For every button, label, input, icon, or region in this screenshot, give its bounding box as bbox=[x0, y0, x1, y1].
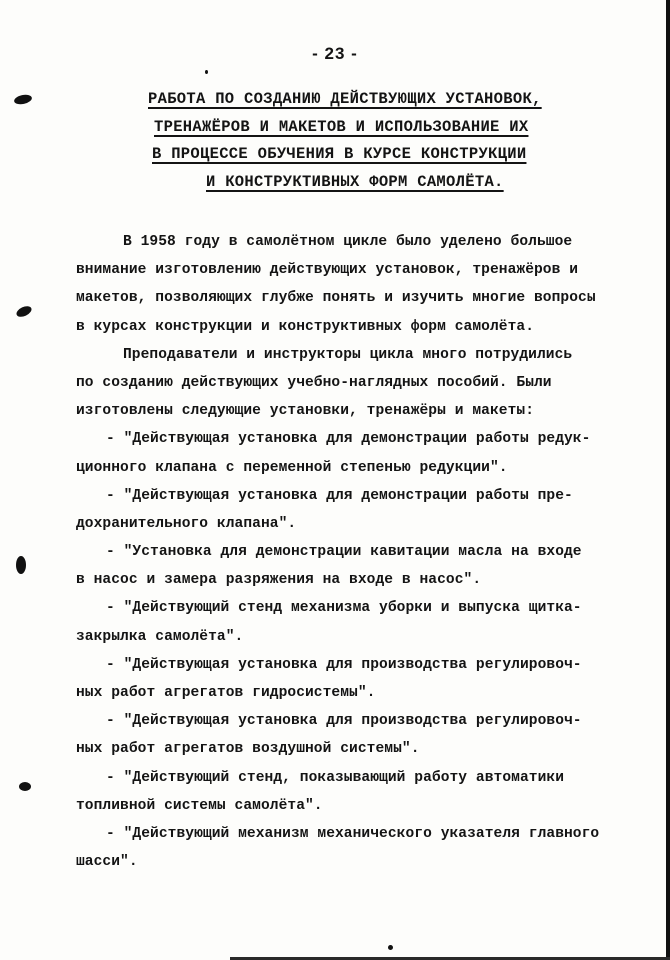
list-item-continuation: закрылка самолёта". bbox=[76, 626, 666, 654]
list-item-first-line: - "Действующая установка для производств… bbox=[76, 710, 666, 738]
margin-ink-mark bbox=[19, 782, 31, 791]
ink-dot bbox=[205, 70, 208, 74]
heading-text: И КОНСТРУКТИВНЫХ ФОРМ САМОЛЁТА. bbox=[206, 173, 504, 191]
heading-line: В ПРОЦЕССЕ ОБУЧЕНИЯ В КУРСЕ КОНСТРУКЦИИ bbox=[148, 143, 568, 171]
list-item-continuation: в насос и замера разряжения на входе в н… bbox=[76, 569, 666, 597]
list-item-continuation: дохранительного клапана". bbox=[76, 513, 666, 541]
text-line: по созданию действующих учебно-наглядных… bbox=[76, 372, 666, 400]
list-item: - "Установка для демонстрации кавитации … bbox=[76, 541, 666, 597]
list-item: - "Действующий стенд, показывающий работ… bbox=[76, 767, 666, 823]
list-item-continuation: ционного клапана с переменной степенью р… bbox=[76, 457, 666, 485]
document-page: - 23 - РАБОТА ПО СОЗДАНИЮ ДЕЙСТВУЮЩИХ УС… bbox=[0, 0, 670, 960]
margin-ink-mark bbox=[16, 556, 26, 574]
document-body: В 1958 году в самолётном цикле было удел… bbox=[76, 231, 666, 879]
page-right-border bbox=[666, 0, 670, 960]
list-item: - "Действующая установка для демонстраци… bbox=[76, 428, 666, 484]
list-item: - "Действующий стенд механизма уборки и … bbox=[76, 597, 666, 653]
document-heading: РАБОТА ПО СОЗДАНИЮ ДЕЙСТВУЮЩИХ УСТАНОВОК… bbox=[148, 88, 568, 198]
heading-line: РАБОТА ПО СОЗДАНИЮ ДЕЙСТВУЮЩИХ УСТАНОВОК… bbox=[148, 88, 568, 116]
text-line: изготовлены следующие установки, тренажё… bbox=[76, 400, 666, 428]
text-line: внимание изготовлению действующих устано… bbox=[76, 259, 666, 287]
text-line: макетов, позволяющих глубже понять и изу… bbox=[76, 287, 666, 315]
list-item-first-line: - "Действующий стенд механизма уборки и … bbox=[76, 597, 666, 625]
paragraph-instructors: Преподаватели и инструкторы цикла много … bbox=[76, 344, 666, 429]
paragraph-intro: В 1958 году в самолётном цикле было удел… bbox=[76, 231, 666, 344]
margin-ink-mark bbox=[13, 93, 32, 106]
equipment-list: - "Действующая установка для демонстраци… bbox=[76, 428, 666, 879]
heading-line: И КОНСТРУКТИВНЫХ ФОРМ САМОЛЁТА. bbox=[148, 171, 568, 199]
list-item: - "Действующая установка для демонстраци… bbox=[76, 485, 666, 541]
text-line: В 1958 году в самолётном цикле было удел… bbox=[76, 231, 666, 259]
list-item-continuation: шасси". bbox=[76, 851, 666, 879]
heading-text: РАБОТА ПО СОЗДАНИЮ ДЕЙСТВУЮЩИХ УСТАНОВОК… bbox=[148, 90, 542, 108]
heading-line: ТРЕНАЖЁРОВ И МАКЕТОВ И ИСПОЛЬЗОВАНИЕ ИХ bbox=[148, 116, 568, 144]
list-item-first-line: - "Действующий стенд, показывающий работ… bbox=[76, 767, 666, 795]
list-item-first-line: - "Действующая установка для демонстраци… bbox=[76, 485, 666, 513]
list-item: - "Действующая установка для производств… bbox=[76, 654, 666, 710]
text-line: в курсах конструкции и конструктивных фо… bbox=[76, 316, 666, 344]
list-item-continuation: ных работ агрегатов воздушной системы". bbox=[76, 738, 666, 766]
list-item-continuation: топливной системы самолёта". bbox=[76, 795, 666, 823]
page-number: - 23 - bbox=[0, 44, 670, 64]
list-item-first-line: - "Установка для демонстрации кавитации … bbox=[76, 541, 666, 569]
margin-ink-mark bbox=[15, 304, 33, 319]
heading-text: ТРЕНАЖЁРОВ И МАКЕТОВ И ИСПОЛЬЗОВАНИЕ ИХ bbox=[154, 118, 528, 136]
list-item-first-line: - "Действующая установка для демонстраци… bbox=[76, 428, 666, 456]
list-item-first-line: - "Действующая установка для производств… bbox=[76, 654, 666, 682]
list-item-continuation: ных работ агрегатов гидросистемы". bbox=[76, 682, 666, 710]
ink-dot bbox=[388, 945, 393, 950]
list-item: - "Действующая установка для производств… bbox=[76, 710, 666, 766]
list-item-first-line: - "Действующий механизм механического ук… bbox=[76, 823, 666, 851]
text-line: Преподаватели и инструкторы цикла много … bbox=[76, 344, 666, 372]
heading-text: В ПРОЦЕССЕ ОБУЧЕНИЯ В КУРСЕ КОНСТРУКЦИИ bbox=[152, 145, 526, 163]
list-item: - "Действующий механизм механического ук… bbox=[76, 823, 666, 879]
